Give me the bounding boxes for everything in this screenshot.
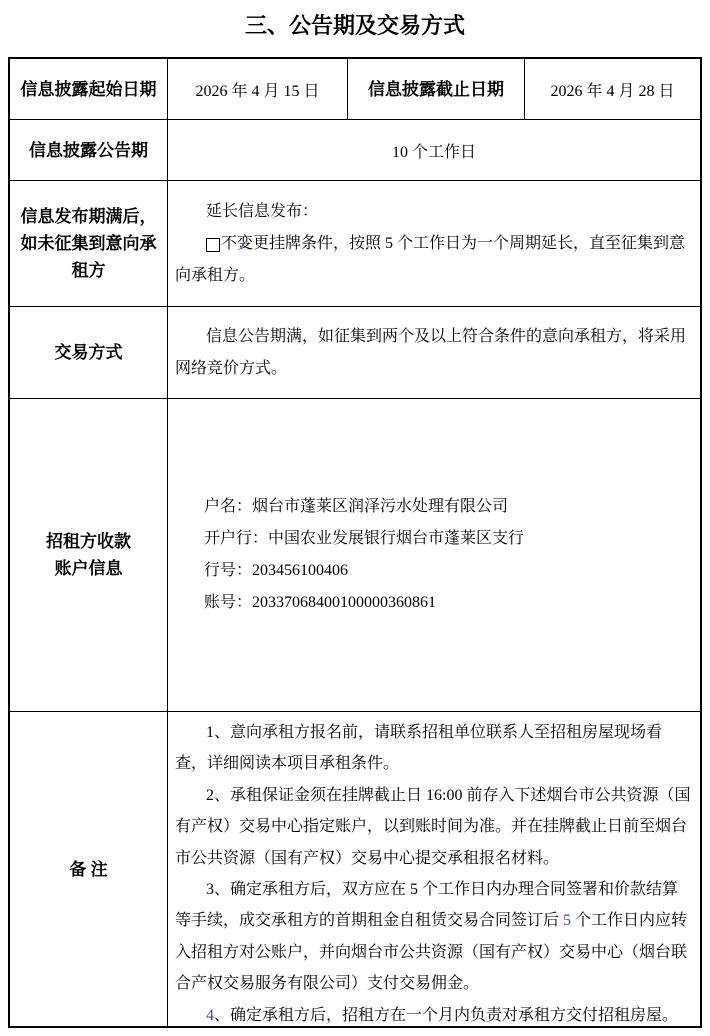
- account-label-line: 账户信息: [55, 555, 123, 582]
- announce-period-label: 信息披露公告期: [10, 120, 168, 181]
- extension-label: 信息发布期满后， 如未征集到意向承 租方: [10, 181, 168, 307]
- disclosure-start-label: 信息披露起始日期: [10, 59, 168, 120]
- account-label: 招租方收款 账户信息: [10, 399, 168, 712]
- remark-item-3: 3、确定承租方后，双方应在 5 个工作日内办理合同签署和价款结算等手续，成交承租…: [175, 874, 692, 1000]
- account-bank-line: 开户行：中国农业发展银行烟台市蓬莱区支行: [204, 523, 700, 555]
- remark-item-2: 2、承租保证金须在挂牌截止日 16:00 前存入下述烟台市公共资源（国有产权）交…: [175, 780, 692, 874]
- account-content: 户名：烟台市蓬莱区润泽污水处理有限公司 开户行：中国农业发展银行烟台市蓬莱区支行…: [168, 399, 700, 712]
- extension-label-line: 信息发布期满后，: [21, 203, 157, 230]
- remark-item-4: 4、确定承租方后，招租方在一个月内负责对承租方交付招租房屋。: [175, 1000, 692, 1026]
- extension-intro: 延长信息发布：: [175, 196, 692, 228]
- account-bank-number-line: 行号：203456100406: [204, 555, 700, 587]
- disclosure-start-value: 2026 年 4 月 15 日: [168, 59, 348, 120]
- checked-checkbox-icon: ✓: [206, 238, 220, 252]
- extension-label-line: 如未征集到意向承: [21, 230, 157, 257]
- trade-method-label: 交易方式: [10, 307, 168, 399]
- remarks-label: 备 注: [10, 712, 168, 1026]
- remark-4-highlight-number: 4: [206, 1007, 214, 1024]
- account-label-line: 招租方收款: [46, 528, 131, 555]
- account-holder-line: 户名：烟台市蓬莱区润泽污水处理有限公司: [204, 491, 700, 523]
- extension-label-line: 租方: [72, 257, 106, 284]
- extension-option: ✓不变更挂牌条件，按照 5 个工作日为一个周期延长，直至征集到意向承租方。: [175, 228, 692, 292]
- remark-3-highlight-number: 5: [563, 912, 571, 929]
- disclosure-end-label: 信息披露截止日期: [348, 59, 525, 120]
- trade-method-content: 信息公告期满，如征集到两个及以上符合条件的意向承租方，将采用网络竞价方式。: [168, 307, 700, 399]
- announcement-table: 信息披露起始日期 2026 年 4 月 15 日 信息披露截止日期 2026 年…: [8, 57, 702, 1028]
- disclosure-end-value: 2026 年 4 月 28 日: [525, 59, 700, 120]
- page-title: 三、公告期及交易方式: [0, 0, 710, 57]
- remark-item-1: 1、意向承租方报名前，请联系招租单位联系人至招租房屋现场看查，详细阅读本项目承租…: [175, 717, 692, 780]
- announce-period-value: 10 个工作日: [168, 120, 700, 181]
- extension-content: 延长信息发布： ✓不变更挂牌条件，按照 5 个工作日为一个周期延长，直至征集到意…: [168, 181, 700, 307]
- extension-option-text: 不变更挂牌条件，按照 5 个工作日为一个周期延长，直至征集到意向承租方。: [175, 235, 685, 284]
- account-number-line: 账号：20337068400100000360861: [204, 587, 700, 619]
- trade-method-text: 信息公告期满，如征集到两个及以上符合条件的意向承租方，将采用网络竞价方式。: [175, 321, 692, 385]
- remarks-content: 1、意向承租方报名前，请联系招租单位联系人至招租房屋现场看查，详细阅读本项目承租…: [168, 712, 700, 1026]
- remark-4-text: 、确定承租方后，招租方在一个月内负责对承租方交付招租房屋。: [214, 1007, 678, 1024]
